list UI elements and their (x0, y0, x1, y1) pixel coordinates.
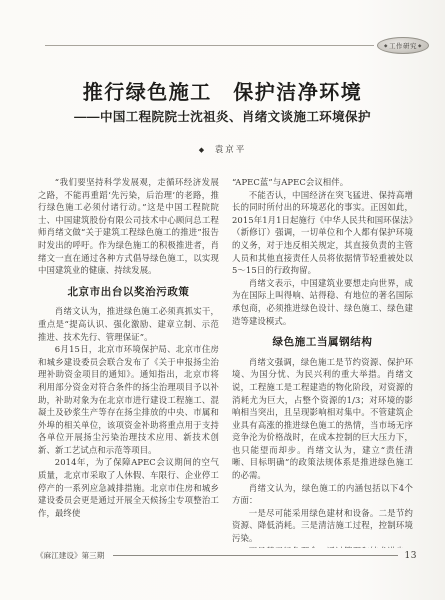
paragraph: 不能否认，中国经济在突飞猛进、保持高增长的同时所付出的环境恶化的事实。正因如此，… (232, 189, 413, 277)
section-heading: 绿色施工当属钢结构 (232, 336, 413, 349)
paragraph: 一是尽可能采用绿色建材和设备。二是节约资源、降低消耗。三是清洁施工过程，控制环境… (232, 507, 413, 545)
author-byline: ◆ 袁京平 (0, 143, 445, 155)
left-column: “我们要坚持科学发展观，走循环经济发展之路，不能再重蹈‘先污染，后治理’的老路，… (38, 176, 219, 548)
diamond-icon: ◆ (418, 43, 422, 49)
section-heading: 北京市出台以奖治污政策 (38, 286, 219, 299)
paragraph: 四是基于绿色理念，通过管理和技术进步，促使 (232, 545, 413, 548)
paragraph: “APEC蓝”与APEC会议相伴。 (232, 176, 413, 189)
paragraph: 2014年，为了保障APEC会议期间的空气质量，北京市采取了人休假、车限行、企业… (38, 456, 219, 519)
paragraph: 肖绪文认为，推进绿色施工必须真抓实干，重点是“提高认识、强化激励、建章立制、示范… (38, 305, 219, 343)
header-rule (45, 45, 374, 46)
page-title: 推行绿色施工 保护洁净环境 (0, 76, 445, 105)
article-page: ◆ 工作研究 ◆ 推行绿色施工 保护洁净环境 ——中国工程院院士沈祖炎、肖绪文谈… (0, 0, 445, 600)
paragraph: 肖绪文认为，绿色施工的内涵包括以下4个方面： (232, 482, 413, 507)
author-diamond-icon: ◆ (199, 146, 206, 154)
page-footer: 《麻江建设》第三期 13 (36, 550, 417, 561)
footer-journal: 《麻江建设》第三期 (36, 550, 104, 561)
page-header: ◆ 工作研究 ◆ (45, 37, 429, 54)
paragraph: 肖绪文强调，绿色施工是节约资源、保护环境、为国分忧、为民兴利的重大举措。肖绪文说… (232, 356, 413, 482)
author-name: 袁京平 (215, 145, 247, 155)
diamond-icon: ◆ (384, 43, 388, 49)
right-column: “APEC蓝”与APEC会议相伴。 不能否认，中国经济在突飞猛进、保持高增长的同… (232, 176, 413, 548)
category-badge-label: 工作研究 (389, 41, 417, 50)
article-body: “我们要坚持科学发展观，走循环经济发展之路，不能再重蹈‘先污染，后治理’的老路，… (38, 176, 413, 548)
article-subtitle: ——中国工程院院士沈祖炎、肖绪文谈施工环境保护 (0, 107, 445, 125)
paragraph: “我们要坚持科学发展观，走循环经济发展之路，不能再重蹈‘先污染，后治理’的老路，… (38, 176, 219, 277)
paragraph: 6月15日，北京市环境保护局、北京市住房和城乡建设委员会联合发布了《关于申报扬尘… (38, 343, 219, 456)
paragraph: 肖绪文表示，中国建筑业要想走向世界，成为在国际上叫得响、站得稳、有地位的著名国际… (232, 277, 413, 327)
footer-rule (113, 555, 397, 556)
category-badge: ◆ 工作研究 ◆ (377, 37, 429, 54)
page-number: 13 (405, 551, 417, 561)
